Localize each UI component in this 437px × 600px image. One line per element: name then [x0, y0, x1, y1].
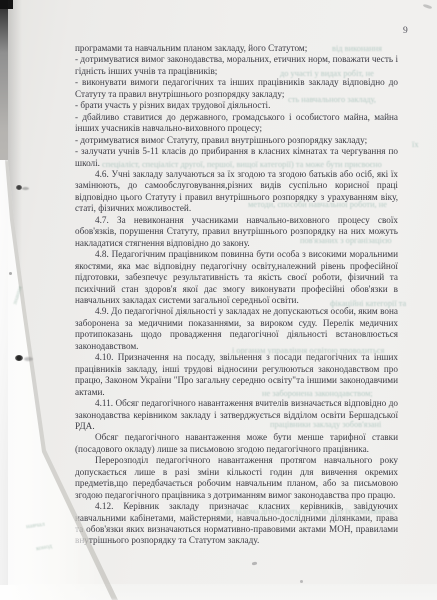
curl-ghost-text: конод: [36, 543, 53, 553]
paragraph: програмами та навчальним планом закладу,…: [75, 43, 398, 54]
punch-hole-smear: [24, 357, 33, 361]
page-number: 9: [403, 26, 408, 36]
punch-hole-mark: [15, 355, 23, 361]
ink-speck: [300, 580, 303, 583]
curl-ghost-text: навчал: [26, 521, 46, 531]
paragraph: Перерозподіл педагогічного навантаження …: [75, 455, 398, 501]
document-text-block: програмами та навчальним планом закладу,…: [75, 43, 398, 547]
paragraph: 4.6. Учні закладу залучаються за їх згод…: [75, 169, 398, 215]
scan-edge-strip: [0, 0, 8, 585]
ink-speck: [423, 4, 432, 10]
scan-edge-shadow: [8, 0, 22, 585]
punch-hole-smear: [22, 187, 29, 190]
paragraph: 4.8. Педагогічним працівником повинна бу…: [75, 249, 398, 306]
paragraph: - брати участь у різних видах трудової д…: [75, 100, 398, 111]
bleedthrough-text: їх: [412, 140, 419, 149]
paragraph: - виконувати вимоги педагогічних та інши…: [75, 77, 398, 100]
paragraph: - дотримуватися вимог законодавства, мор…: [75, 54, 398, 77]
paragraph: - дотримуватися вимог Статуту, правил вн…: [75, 135, 398, 146]
scanner-bottom-band: [0, 584, 437, 600]
scanned-document-page: від виконання до участі у видах робіт, н…: [0, 0, 437, 600]
paragraph: 4.9. До педагогічної діяльності у заклад…: [75, 306, 398, 352]
paragraph: 4.11. Обсяг педагогічного навантаження в…: [75, 398, 398, 432]
paragraph: 4.7. За невиконання учасниками навчально…: [75, 215, 398, 249]
paragraph: - залучати учнів 5-11 класів до прибиран…: [75, 146, 398, 169]
paragraph: 4.12. Керівник закладу призначає класних…: [75, 501, 398, 547]
paragraph: - дбайливо ставитися до державного, гром…: [75, 112, 398, 135]
ink-speck: [9, 272, 12, 275]
paragraph: 4.10. Призначення на посаду, звільнення …: [75, 352, 398, 398]
paragraph: Обсяг педагогічного навантаження може бу…: [75, 432, 398, 455]
ink-speck: [252, 562, 258, 566]
